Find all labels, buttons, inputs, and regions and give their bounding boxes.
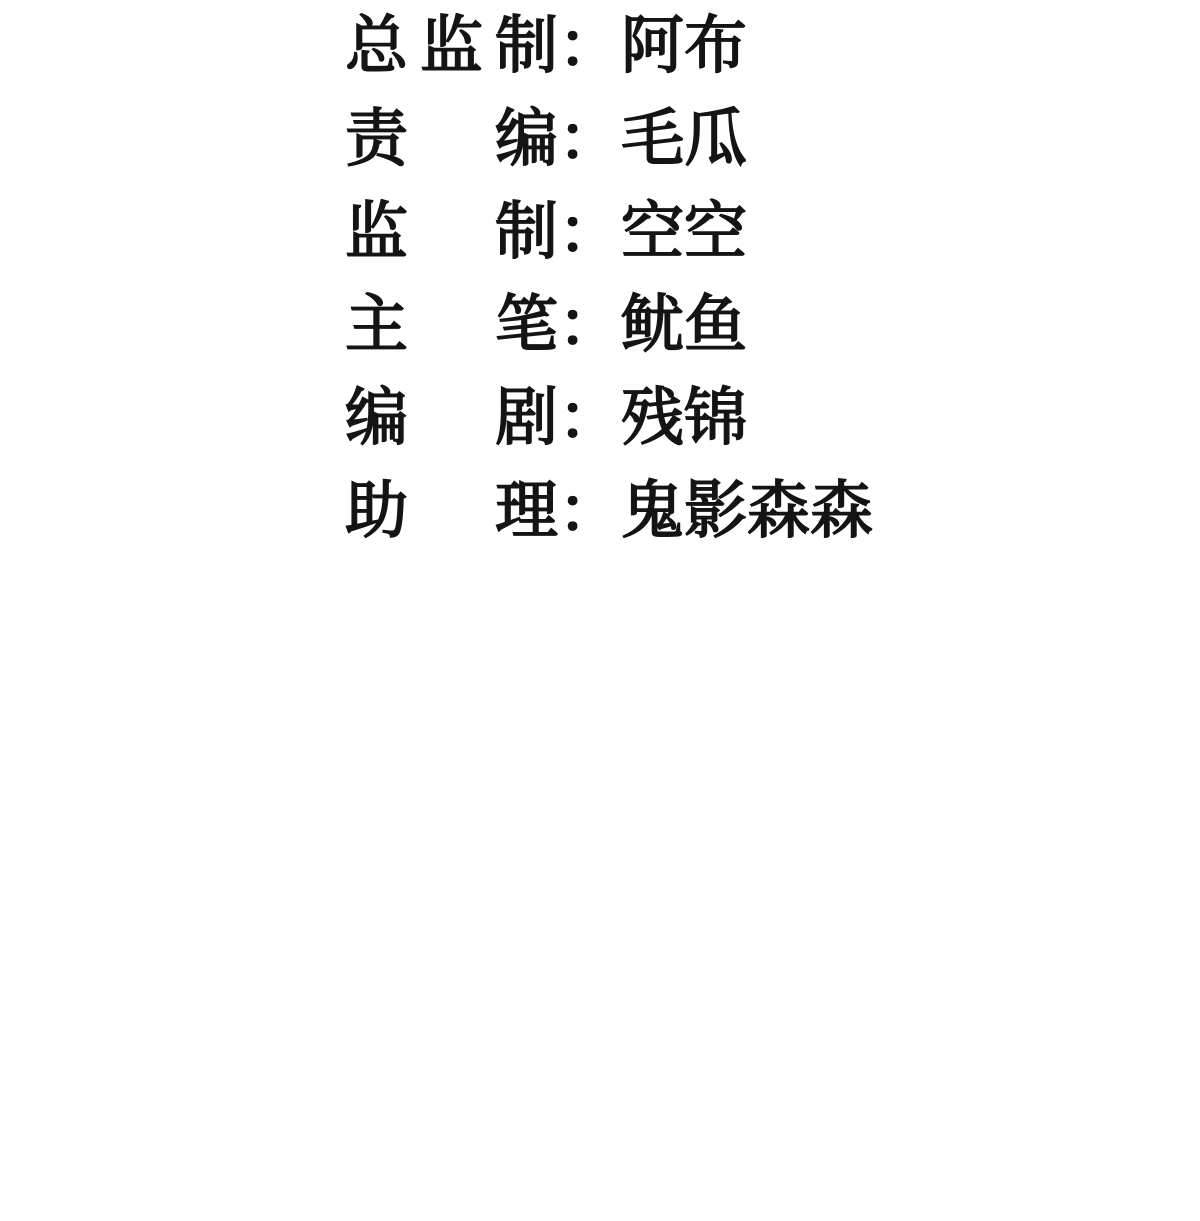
credit-role-label: 总监制 <box>345 0 558 93</box>
credit-role-label: 责编 <box>345 93 558 186</box>
credit-colon: ： <box>558 186 621 279</box>
label-char: 理 <box>495 465 558 558</box>
label-char: 制 <box>495 186 558 279</box>
credit-person-name: 空空 <box>621 186 747 279</box>
credit-person-name: 残锦 <box>621 372 747 465</box>
credit-line: 编剧：残锦 <box>345 372 873 465</box>
label-char: 监 <box>345 186 408 279</box>
credit-colon: ： <box>558 0 621 93</box>
label-char: 主 <box>345 279 408 372</box>
credit-person-name: 鱿鱼 <box>621 279 747 372</box>
credit-person-name: 阿布 <box>621 0 747 93</box>
credit-person-name: 鬼影森森 <box>621 465 873 558</box>
credit-colon: ： <box>558 93 621 186</box>
label-char: 责 <box>345 93 408 186</box>
label-char: 编 <box>495 93 558 186</box>
credit-colon: ： <box>558 279 621 372</box>
label-char: 剧 <box>495 372 558 465</box>
credit-line: 责编：毛瓜 <box>345 93 873 186</box>
credit-line: 总监制：阿布 <box>345 0 873 93</box>
label-char: 助 <box>345 465 408 558</box>
credit-person-name: 毛瓜 <box>621 93 747 186</box>
credits-block: 总监制：阿布 责编：毛瓜 监制：空空 主笔：鱿鱼 编剧：残锦 助理：鬼影森森 <box>345 0 873 558</box>
credit-role-label: 监制 <box>345 186 558 279</box>
credit-colon: ： <box>558 465 621 558</box>
credit-role-label: 主笔 <box>345 279 558 372</box>
credit-role-label: 助理 <box>345 465 558 558</box>
label-char: 制 <box>495 0 558 93</box>
credit-line: 监制：空空 <box>345 186 873 279</box>
label-char: 总 <box>345 0 408 93</box>
label-char: 编 <box>345 372 408 465</box>
credit-role-label: 编剧 <box>345 372 558 465</box>
label-char: 笔 <box>495 279 558 372</box>
label-char: 监 <box>420 0 483 93</box>
credit-line: 主笔：鱿鱼 <box>345 279 873 372</box>
credit-line: 助理：鬼影森森 <box>345 465 873 558</box>
credit-colon: ： <box>558 372 621 465</box>
